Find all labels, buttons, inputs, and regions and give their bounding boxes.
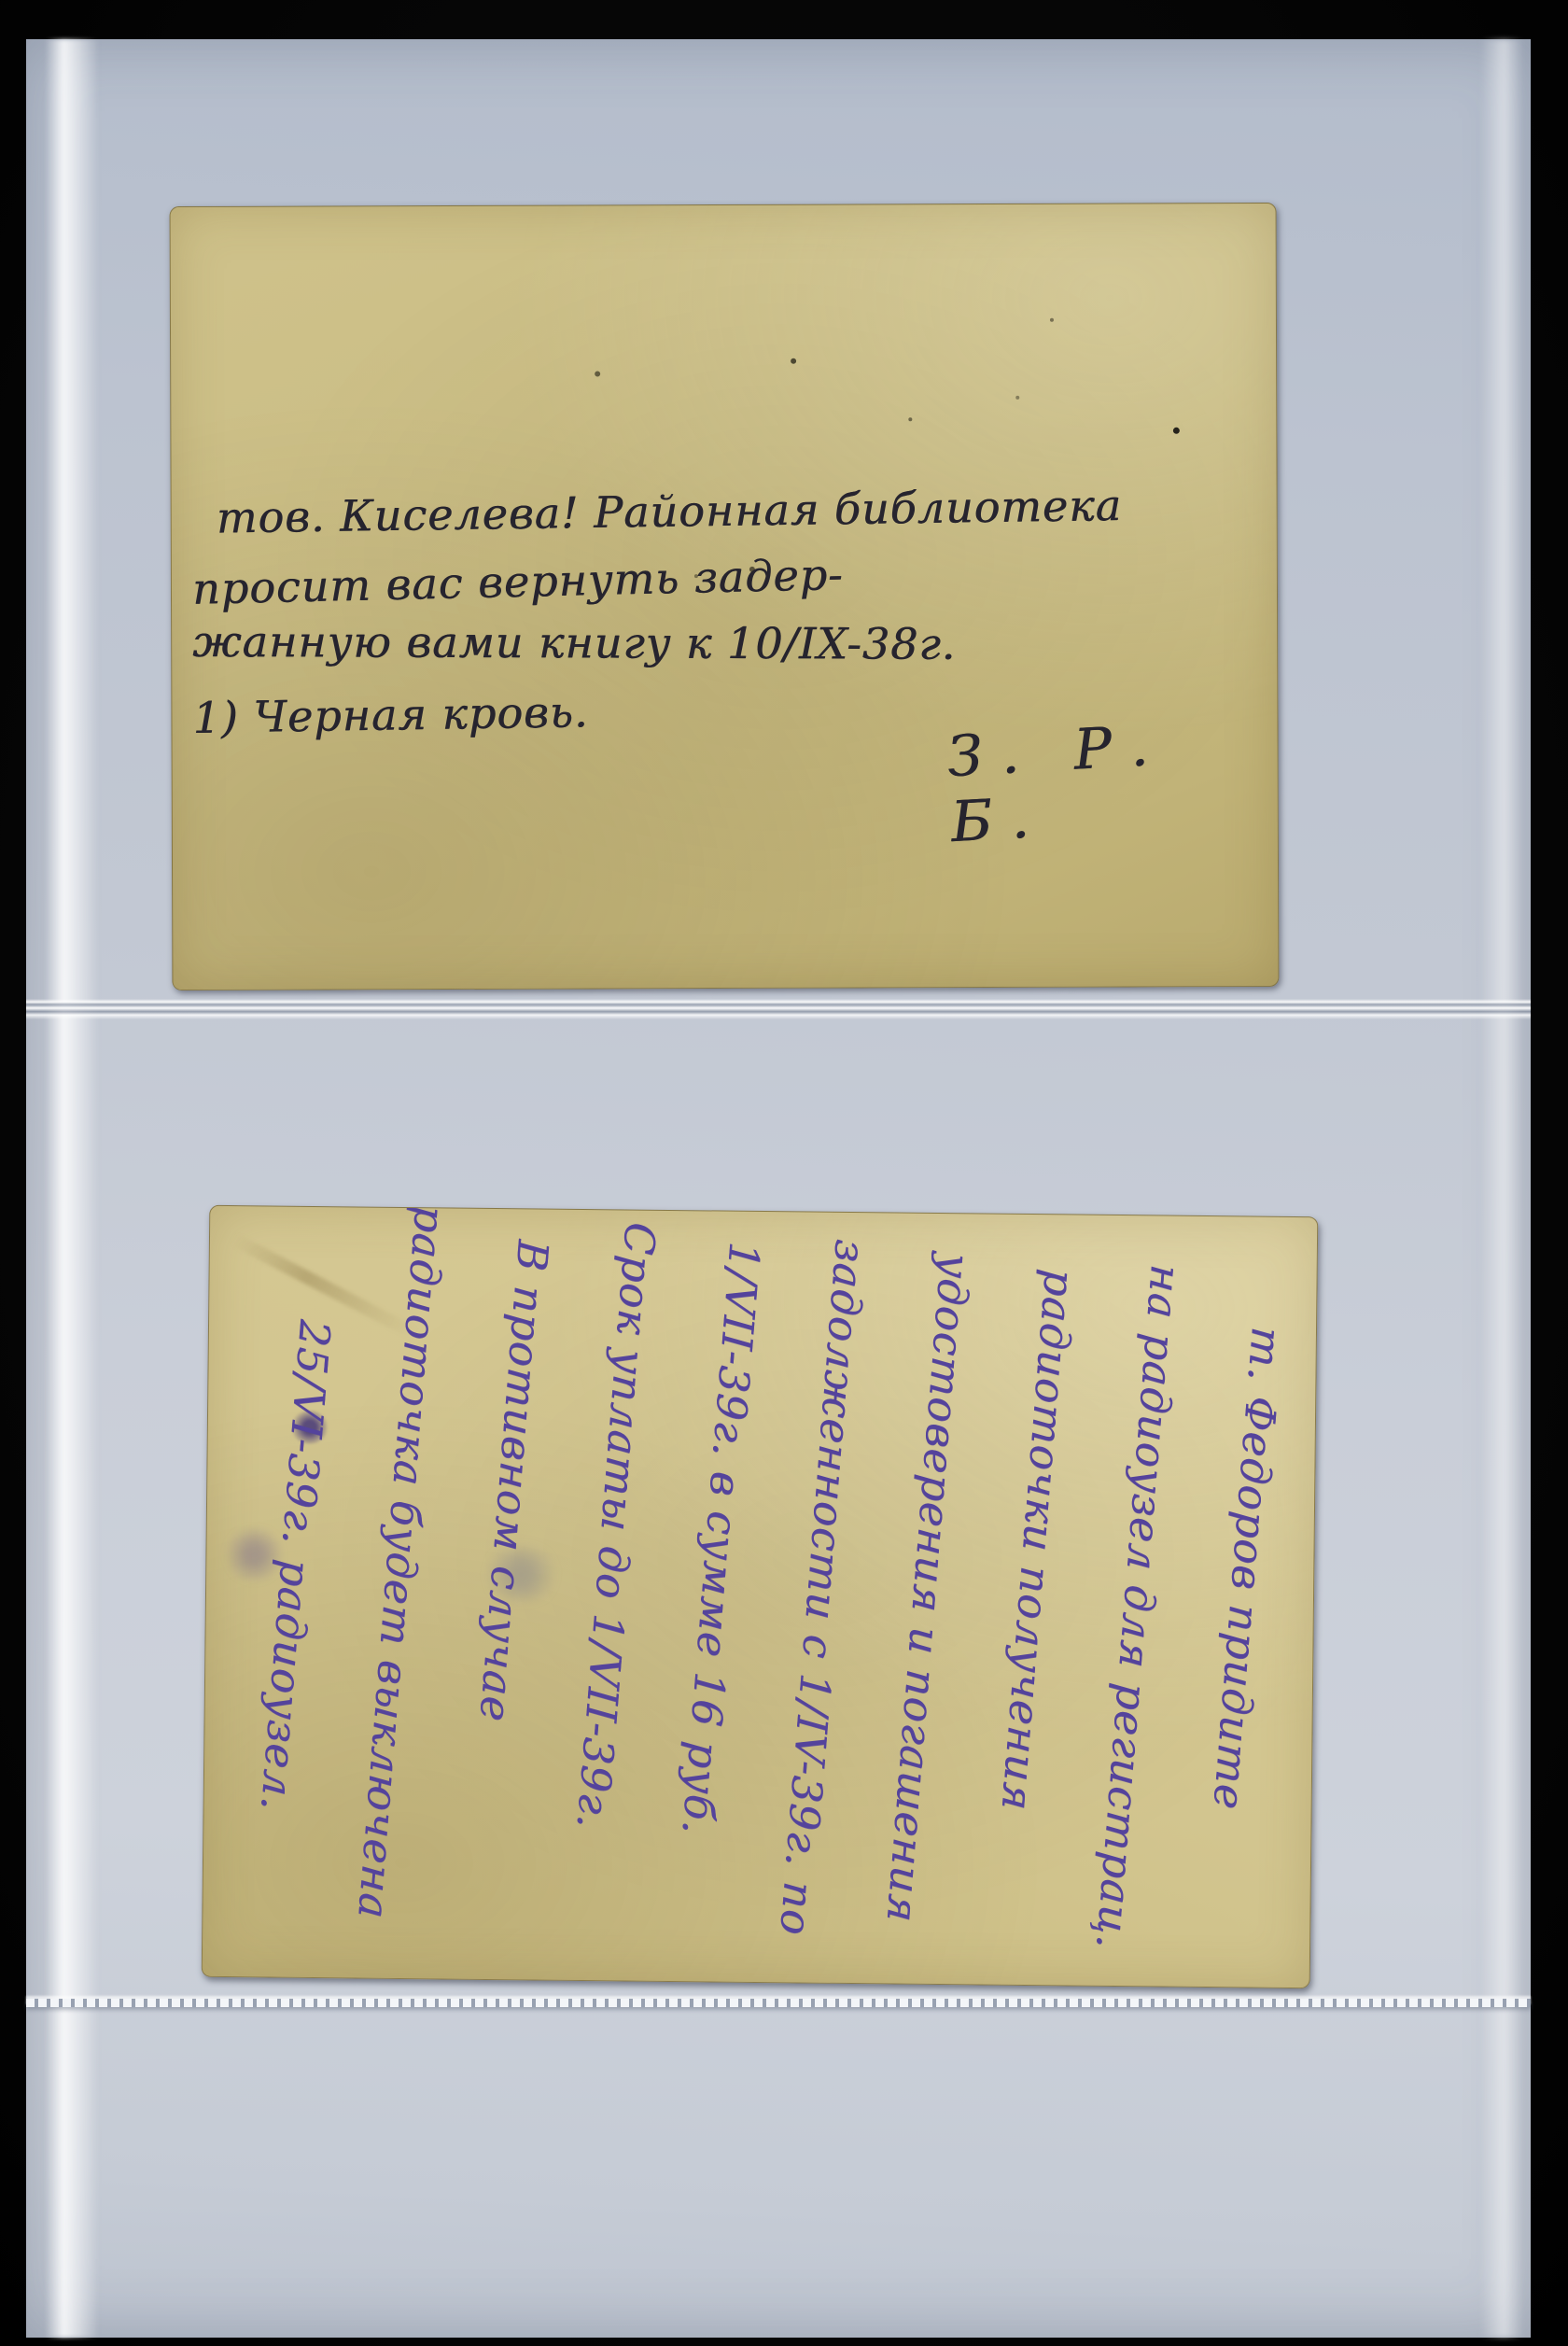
- sleeve-right-highlight: [1480, 39, 1523, 2338]
- postcard-bottom-handwriting-rotated: т. Федоров придите на радиоузел для реги…: [202, 1205, 1319, 1988]
- sleeve-left-highlight: [45, 39, 99, 2338]
- postcard-top-signature: З. Р. Б.: [945, 707, 1281, 855]
- plastic-sleeve: тов. Киселева! Районная библиотека проси…: [26, 39, 1531, 2338]
- postcard-top: тов. Киселева! Районная библиотека проси…: [170, 203, 1280, 990]
- handwriting-line: жанную вами книгу к 10/IX-38г.: [192, 609, 1256, 679]
- photo-of-album-page: тов. Киселева! Районная библиотека проси…: [0, 0, 1568, 2346]
- sleeve-middle-seam: [26, 999, 1531, 1019]
- postcard-bottom: т. Федоров придите на радиоузел для реги…: [202, 1205, 1319, 1988]
- postcard-top-handwriting: тов. Киселева! Районная библиотека проси…: [192, 476, 1257, 745]
- sleeve-bottom-stitched-seam: [26, 1999, 1531, 2007]
- postcard-top-ink-specks: [171, 207, 175, 211]
